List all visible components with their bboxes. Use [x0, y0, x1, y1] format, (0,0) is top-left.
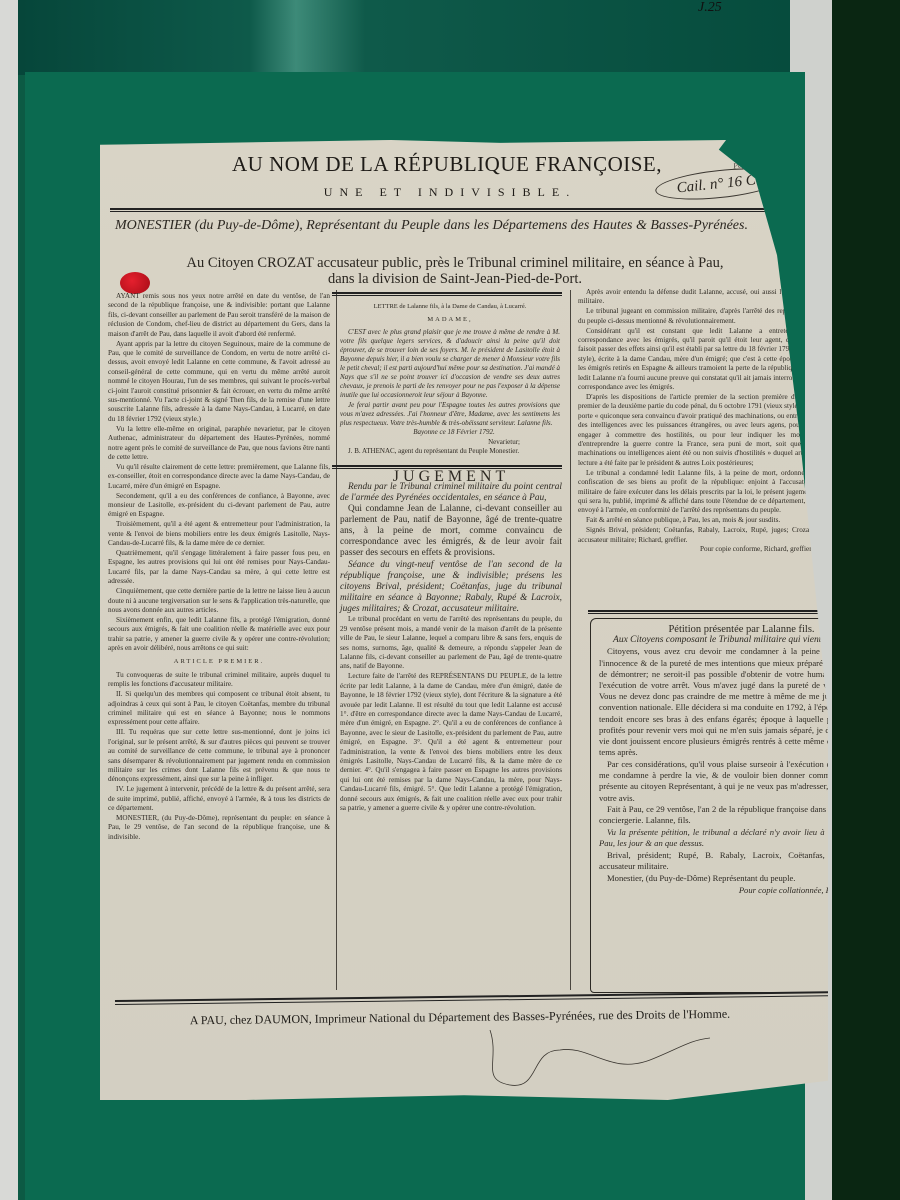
- jugement-title: JUGEMENT: [340, 472, 562, 481]
- printer-imprint: A PAU, chez DAUMON, Imprimeur National d…: [110, 1006, 810, 1030]
- arrete-signature: MONESTIER, (du Puy-de-Dôme), représentan…: [108, 814, 330, 842]
- sentence-certified: Pour copie conforme, Richard, greffier.: [578, 545, 813, 554]
- letter-rule: [332, 292, 562, 296]
- letter-date: Bayonne ce 18 Février 1792.: [340, 428, 560, 437]
- article: Tu convoqueras de suite le tribunal crim…: [108, 671, 330, 690]
- address-line: Au Citoyen CROZAT accusateur public, prè…: [110, 255, 800, 287]
- article: III. Tu requéras que sur cette lettre su…: [108, 728, 330, 784]
- footer-rule: [115, 990, 900, 1005]
- letter-section: LETTRE de Lalanne fils, à la Dame de Can…: [340, 298, 560, 457]
- address-line-2: dans la division de Saint-Jean-Pied-de-P…: [110, 271, 800, 287]
- article: IV. Le jugement à intervenir, précédé de…: [108, 785, 330, 813]
- petition-rule: [588, 610, 823, 614]
- arrete-paragraph: Ayant appris par la lettre du citoyen Se…: [108, 340, 330, 425]
- document-subtitle: UNE ET INDIVISIBLE.: [220, 185, 680, 200]
- string-thread: [480, 1030, 710, 1090]
- arrete-paragraph: Secondement, qu'il a eu des conférences …: [108, 492, 330, 520]
- background-surface: [832, 0, 900, 1200]
- archive-box-edge-left: [0, 0, 18, 1200]
- jugement-body: Lecture faite de l'arrêté des REPRÉSENTA…: [340, 672, 562, 813]
- sentence-paragraph: D'après les dispositions de l'article pr…: [578, 393, 813, 468]
- sentence-paragraph: Après avoir entendu la défense dudit Lal…: [578, 288, 813, 307]
- arrete-paragraph: Vu la lettre elle-même en original, para…: [108, 425, 330, 463]
- sentence-paragraph: Fait & arrêté en séance publique, à Pau,…: [578, 516, 813, 525]
- arrete-paragraph: Cinquièmement, que cette dernière partie…: [108, 587, 330, 615]
- column-divider: [570, 290, 571, 990]
- header-rule: [110, 208, 800, 212]
- sentence-column: Après avoir entendu la défense dudit Lal…: [578, 288, 813, 555]
- jugement-section: JUGEMENT Rendu par le Tribunal criminel …: [340, 470, 562, 814]
- sentence-paragraph: Signés Brival, président; Coëtanfas, Rab…: [578, 526, 813, 545]
- article-heading: ARTICLE PREMIER.: [108, 657, 330, 666]
- letter-heading: LETTRE de Lalanne fils, à la Dame de Can…: [340, 302, 560, 311]
- column-divider: [336, 290, 337, 990]
- jugement-intro: Rendu par le Tribunal criminel militaire…: [340, 482, 562, 504]
- jugement-condemns: Qui condamne Jean de Lalanne, ci-devant …: [340, 504, 562, 559]
- shelf-mark: J.25: [698, 0, 722, 16]
- sentence-paragraph: Considérant qu'il est constant que ledit…: [578, 327, 813, 393]
- historic-document: AU NOM DE LA RÉPUBLIQUE FRANÇOISE, UNE E…: [100, 140, 828, 1100]
- article: II. Si quelqu'un des membres qui compose…: [108, 690, 330, 728]
- archive-folder-cover: J.25: [18, 0, 790, 75]
- document-title: AU NOM DE LA RÉPUBLIQUE FRANÇOISE,: [142, 152, 752, 177]
- representative-line: MONESTIER (du Puy-de-Dôme), Représentant…: [115, 218, 795, 234]
- arrete-paragraph: Quatrièmement, qu'il s'engage littéralem…: [108, 549, 330, 587]
- arrete-paragraph: AYANT remis sous nos yeux notre arrêté e…: [108, 292, 330, 339]
- letter-salutation: MADAME,: [340, 315, 560, 324]
- arrete-paragraph: Troisièmement, qu'il a été agent & entre…: [108, 520, 330, 548]
- jugement-body: Le tribunal procédant en vertu de l'arrê…: [340, 615, 562, 671]
- red-wax-seal: [120, 272, 150, 294]
- letter-body: C'EST avec le plus grand plaisir que je …: [340, 328, 560, 400]
- address-line-1: Au Citoyen CROZAT accusateur public, prè…: [110, 255, 800, 271]
- letter-nevarietur: Nevarietur;: [340, 438, 560, 447]
- arrete-column: AYANT remis sous nos yeux notre arrêté e…: [108, 292, 330, 843]
- letter-agent: J. B. ATHENAC, agent du représentant du …: [340, 447, 560, 456]
- letter-body: Je ferai partir avant peu pour l'Espagne…: [340, 401, 560, 428]
- jugement-session: Séance du vingt-neuf ventôse de l'an sec…: [340, 560, 562, 615]
- arrete-paragraph: Vu qu'il résulte clairement de cette let…: [108, 463, 330, 491]
- sentence-paragraph: Le tribunal a condamné ledit Lalanne fil…: [578, 469, 813, 516]
- sentence-paragraph: Le tribunal jugeant en commission milita…: [578, 307, 813, 326]
- arrete-paragraph: Sixièmement enfin, que ledit Lalanne fil…: [108, 616, 330, 654]
